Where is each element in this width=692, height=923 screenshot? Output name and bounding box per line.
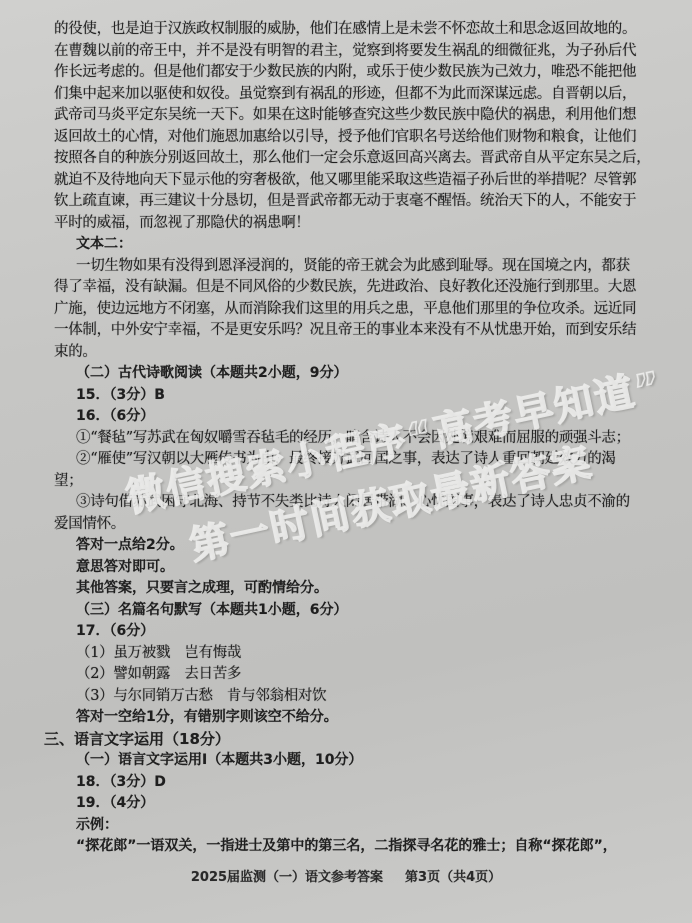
- section-dictation-heading: （三）名篇名句默写（本题共1小题，6分）: [54, 600, 674, 622]
- translation-one-line: 的役使，也是迫于汉族政权制服的威胁，他们在感情上是未尝不怀恋故土和思念返回故地的…: [54, 19, 674, 41]
- translation-one-line: 钦上疏直谏，再三建议十分恳切，但是晋武帝都无动于衷毫不醒悟。统治天下的人，不能安…: [54, 191, 674, 213]
- q16-point-2-cont: 望；: [54, 471, 674, 493]
- q15-answer: 15．（3分）B: [54, 385, 674, 407]
- text-two-heading: 文本二：: [54, 234, 674, 256]
- translation-one-line: 返回故土的心情，对他们施恩加惠给以引导，授予他们官职名号送给他们财物和粮食，让他…: [54, 127, 674, 149]
- q17-blank-2: （2）譬如朝露 去日苦多: [54, 664, 674, 686]
- q16-answer: 16．（6分）: [54, 406, 674, 428]
- q16-point-3: ③诗句借苏武困守北海、持节不失类比诗人闲居带湖、心忧国事，表达了诗人忠贞不渝的: [54, 492, 674, 514]
- translation-one-line: 在曹魏以前的帝王中，并不是没有明智的君主，觉察到将要发生祸乱的细微征兆，为子孙后…: [54, 41, 674, 63]
- q17-scoring-note: 答对一空给1分，有错别字则该空不给分。: [54, 707, 674, 729]
- section-language-use-heading: 三、语言文字运用（18分）: [44, 729, 674, 751]
- translation-one-line: 们集中起来加以驱使和奴役。虽觉察到有祸乱的形迹，但都不为此而深谋远虑。自晋朝以后…: [54, 84, 674, 106]
- translation-one-line: 武帝司马炎平定东吴统一天下。如果在这时能够查究这些少数民族中隐伏的祸患，利用他们…: [54, 105, 674, 127]
- q16-point-3-cont: 爱国情怀。: [54, 514, 674, 536]
- translation-two-line: 束的。: [54, 342, 674, 364]
- q17-blank-3: （3）与尔同销万古愁 肯与邻翁相对饮: [54, 686, 674, 708]
- translation-two-line: 得了幸福，没有缺漏。但是不同风俗的少数民族，先进政治、良好教化还没施行到那里。大…: [54, 277, 674, 299]
- footer-page-number: 第3页（共4页）: [405, 870, 501, 885]
- q19-example-line: “探花郎”一语双关，一指进士及第中的第三名，二指探寻名花的雅士；自称“探花郎”，: [54, 836, 674, 858]
- q19-answer: 19．（4分）: [54, 793, 674, 815]
- subsection-language-use-1-heading: （一）语言文字运用Ⅰ（本题共3小题，10分）: [54, 750, 674, 772]
- q18-answer: 18．（3分）D: [54, 772, 674, 794]
- scanned-answer-page: 的役使，也是迫于汉族政权制服的威胁，他们在感情上是未尝不怀恋故土和思念返回故地的…: [0, 0, 692, 923]
- q19-example-label: 示例：: [54, 815, 674, 837]
- footer-exam-title: 2025届监测（一）语文参考答案: [191, 870, 383, 885]
- q16-scoring-note-3: 其他答案，只要言之成理，可酌情给分。: [54, 578, 674, 600]
- translation-two-line: 广施，使边远地方不闭塞，从而消除我们这里的用兵之患，平息他们那里的争位攻杀。远近…: [54, 299, 674, 321]
- q16-scoring-note-2: 意思答对即可。: [54, 557, 674, 579]
- q16-scoring-note-1: 答对一点给2分。: [54, 535, 674, 557]
- page-content: 的役使，也是迫于汉族政权制服的威胁，他们在感情上是未尝不怀恋故土和思念返回故地的…: [54, 19, 674, 858]
- translation-one-line: 就迫不及待地向天下显示他的穷奢极欲，他又哪里能采取这些造福子孙后世的举措呢？尽管…: [54, 170, 674, 192]
- translation-one-line: 按照各自的种族分别返回故土，那么他们一定会乐意返回高兴离去。晋武帝自从平定东吴之…: [54, 148, 674, 170]
- q17-answer: 17．（6分）: [54, 621, 674, 643]
- translation-two-line: 一切生物如果有没得到恩泽浸润的，贤能的帝王就会为此感到耻辱。现在国境之内，都获: [54, 256, 674, 278]
- page-footer: 2025届监测（一）语文参考答案第3页（共4页）: [0, 866, 692, 885]
- translation-one-line: 作长远考虑的。但是他们都安于少数民族的内附，或乐于使少数民族为己效力，唯恐不能把…: [54, 62, 674, 84]
- q16-point-1: ①“餐毡”写苏武在匈奴嚼雪吞毡毛的经历，暗含诗人不会因处境艰难而屈服的顽强斗志；: [54, 428, 674, 450]
- translation-one-line: 平时的威福，而忽视了那隐伏的祸患啊！: [54, 213, 674, 235]
- translation-two-line: 一体制，中外安宁幸福，不是更安乐吗？况且帝王的事业本来没有不从忧患开始，而到安乐…: [54, 320, 674, 342]
- section-poetry-heading: （二）古代诗歌阅读（本题共2小题，9分）: [54, 363, 674, 385]
- q16-point-2: ②“雁使”写汉朝以大雁传书为由，最终接苏武回国之事，表达了诗人重回朝廷效力的渴: [54, 449, 674, 471]
- q17-blank-1: （1）虽万被戮 岂有悔哉: [54, 643, 674, 665]
